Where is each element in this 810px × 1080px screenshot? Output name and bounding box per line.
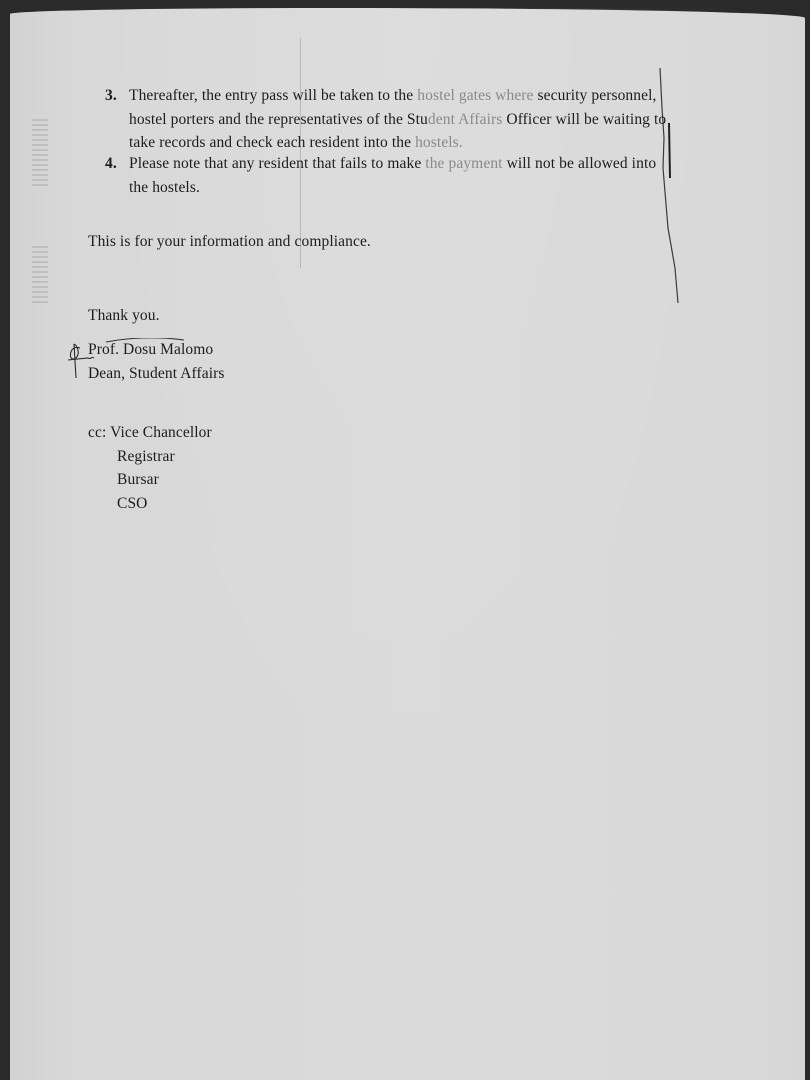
cc-label: cc:: [88, 424, 106, 441]
thanks-line: Thank you.: [88, 304, 160, 328]
faded-text: the payment: [425, 155, 502, 172]
text-segment: Thereafter, the entry pass will be taken…: [129, 87, 417, 104]
cc-recipient: CSO: [88, 492, 212, 516]
closing-statement: This is for your information and complia…: [88, 230, 371, 254]
faded-text: dent Affairs: [428, 111, 503, 128]
text-segment: Please note that any resident that fails…: [129, 155, 425, 172]
cc-first-line: cc: Vice Chancellor: [88, 421, 212, 445]
margin-smudge: [32, 243, 48, 303]
text-segment: hostel porters and the representatives o…: [129, 111, 428, 128]
text-line: Please note that any resident that fails…: [129, 152, 705, 176]
text-segment: Officer will be waiting to: [502, 111, 666, 128]
text-segment: will not be allowed into: [503, 155, 657, 172]
faded-text: hostel gates where: [417, 87, 533, 104]
text-line: the hostels.: [129, 176, 705, 200]
signatory-title: Dean, Student Affairs: [88, 362, 225, 386]
list-item-text: Please note that any resident that fails…: [129, 152, 705, 199]
faded-text: hostels.: [415, 134, 463, 151]
text-line: take records and check each resident int…: [129, 131, 705, 155]
text-line: Thereafter, the entry pass will be taken…: [129, 84, 705, 108]
signatory-name: Prof. Dosu Malomo: [88, 338, 213, 362]
cc-recipient: Registrar: [88, 445, 212, 469]
cc-block: cc: Vice Chancellor Registrar Bursar CSO: [88, 421, 212, 515]
text-segment: the hostels.: [129, 179, 200, 196]
list-item-number: 4.: [105, 152, 117, 176]
cc-recipient: Vice Chancellor: [110, 424, 212, 441]
cc-recipient: Bursar: [88, 468, 212, 492]
list-item-text: Thereafter, the entry pass will be taken…: [129, 84, 705, 155]
text-segment: take records and check each resident int…: [129, 134, 415, 151]
text-segment: security personnel,: [534, 87, 657, 104]
margin-smudge: [32, 116, 48, 186]
text-line: hostel porters and the representatives o…: [129, 108, 705, 132]
list-item-number: 3.: [105, 84, 117, 108]
